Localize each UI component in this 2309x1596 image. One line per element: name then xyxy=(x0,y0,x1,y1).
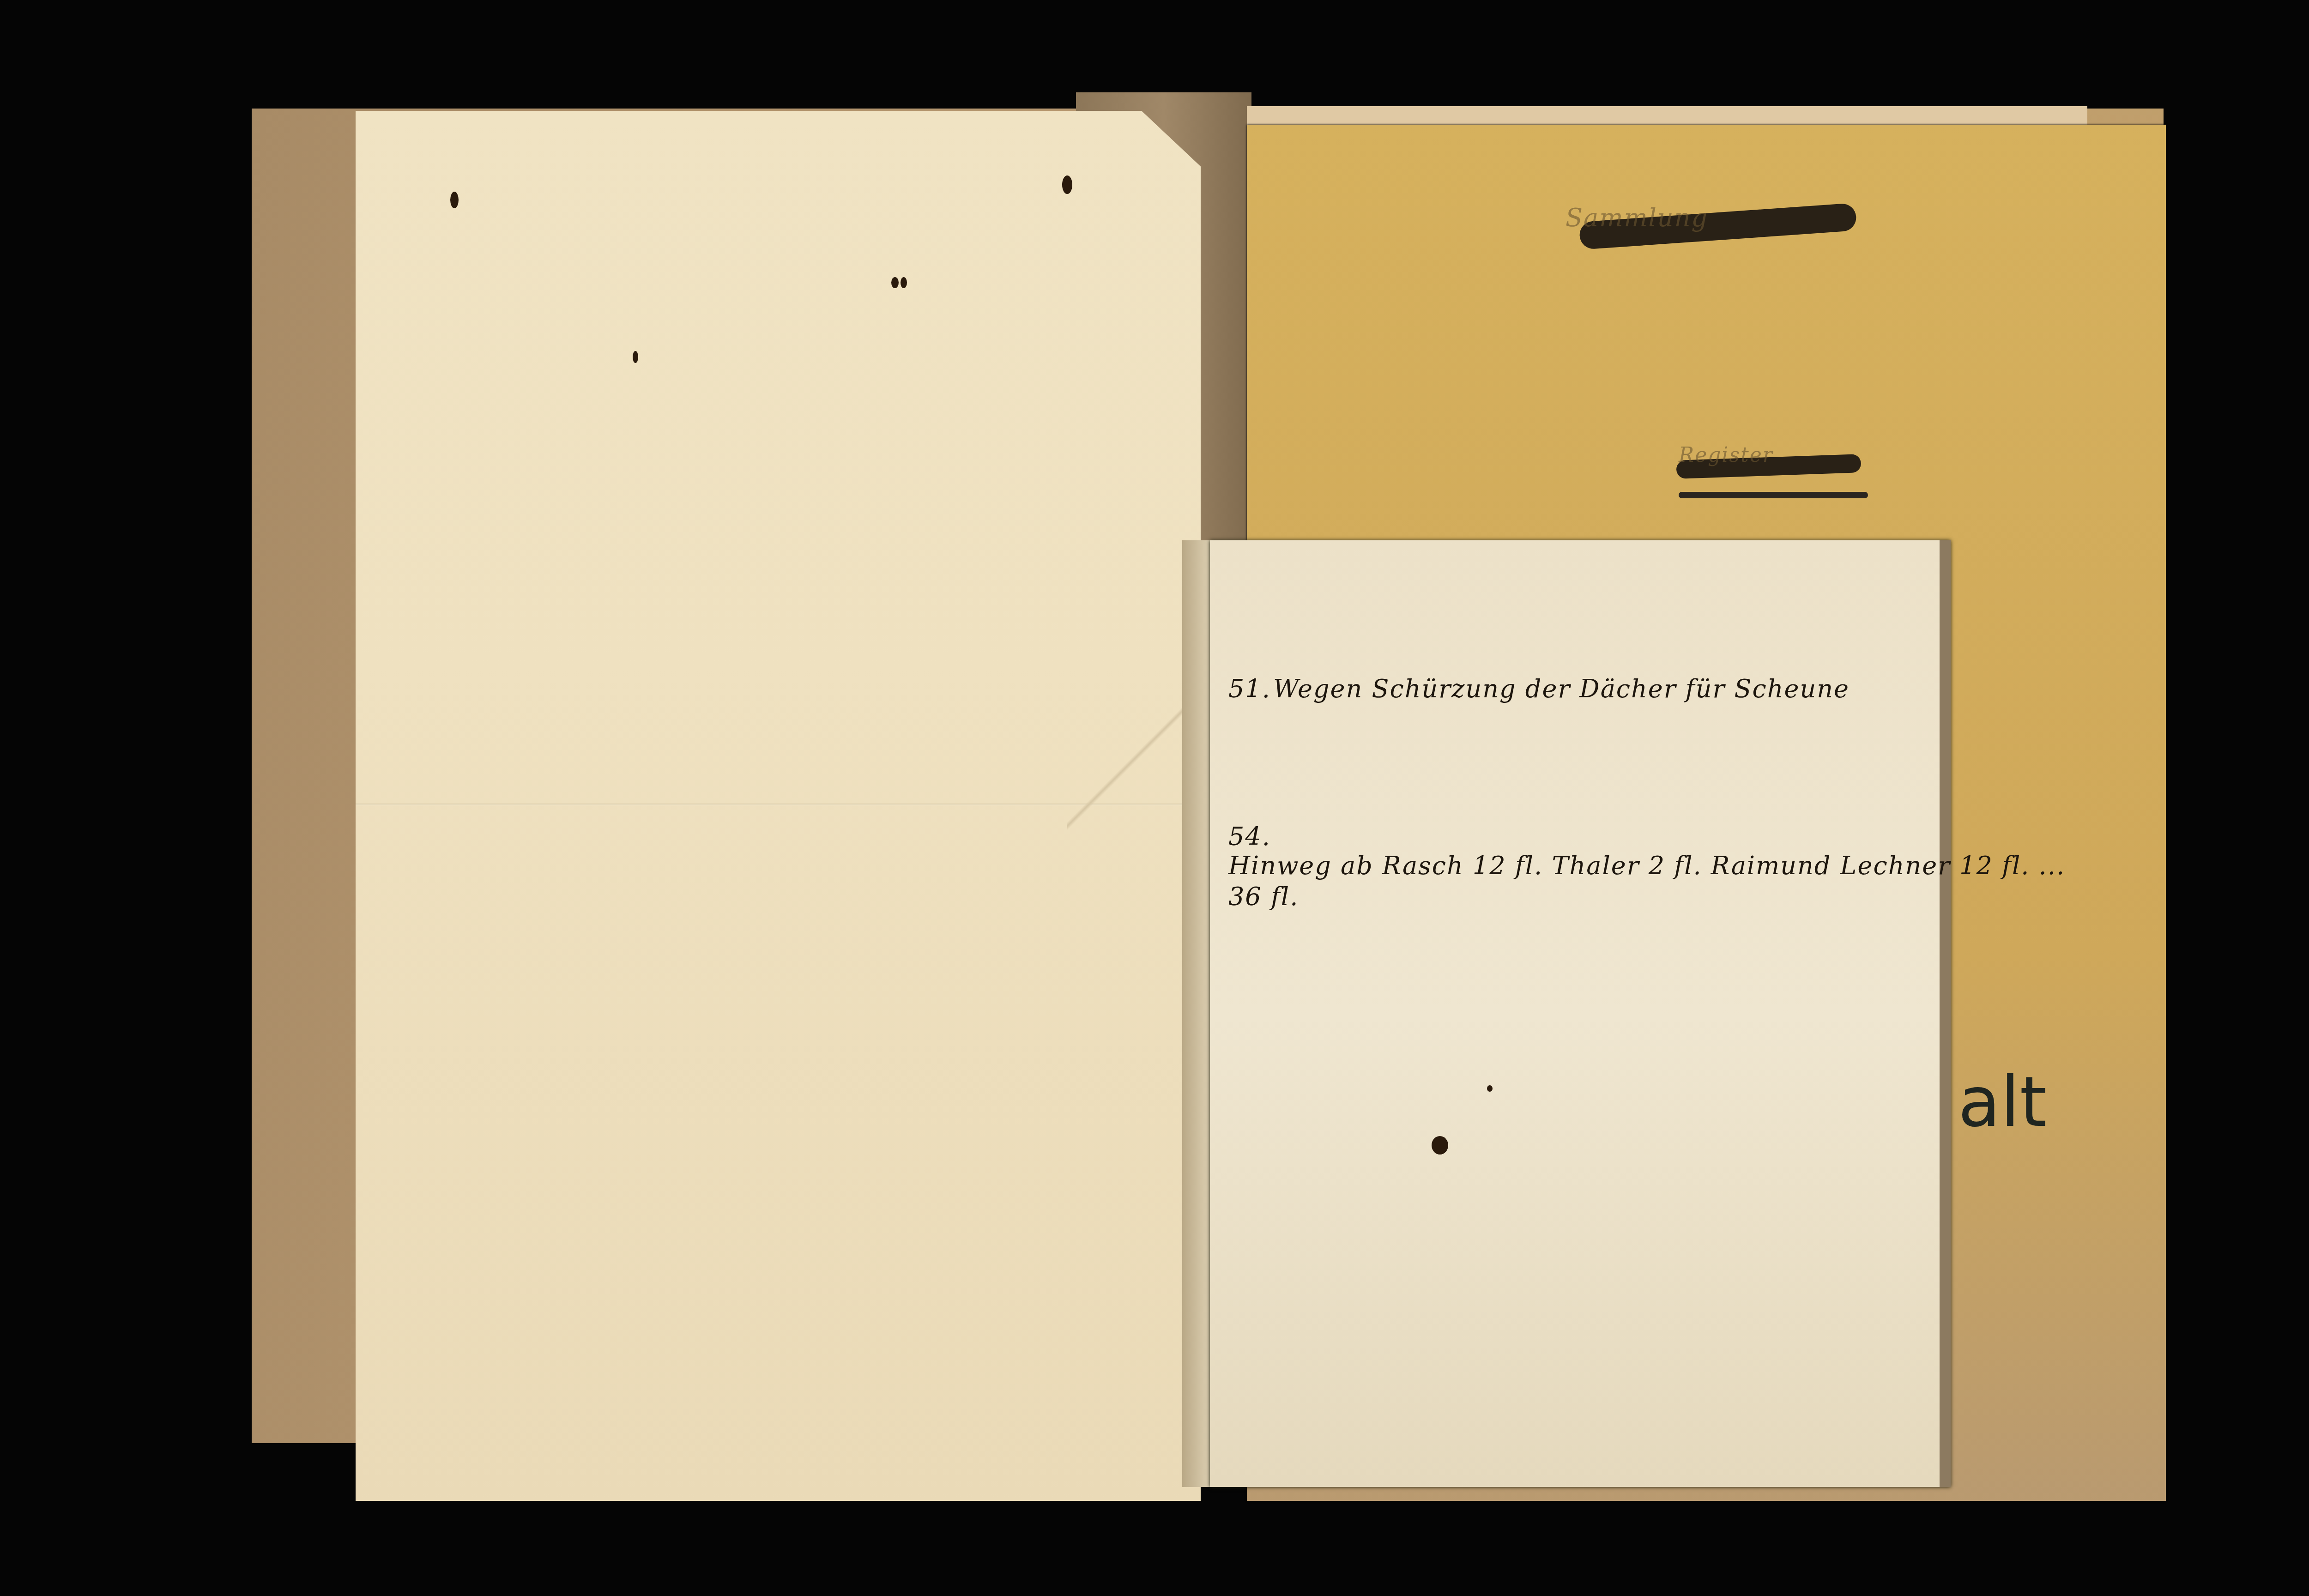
marker-label-alt: alt xyxy=(1958,1062,2047,1143)
underline xyxy=(1679,492,1868,498)
entry-text: 36 fl. xyxy=(1228,882,1299,911)
entry-number: 54. xyxy=(1228,822,1271,851)
ink-blot xyxy=(1432,1136,1448,1155)
ink-spot xyxy=(1062,175,1072,194)
left-manuscript-sheet xyxy=(356,111,1201,1501)
entry-text: Hinweg ab Rasch 12 fl. Thaler 2 fl. Raim… xyxy=(1228,851,2065,880)
struck-label-2: Register xyxy=(1679,443,1773,467)
entry-sum: 36 fl. xyxy=(1228,882,1299,911)
ink-spot xyxy=(633,351,638,363)
ink-spot xyxy=(1487,1085,1493,1092)
entry-text: Wegen Schürzung der Dächer für Scheune xyxy=(1273,674,1850,703)
ink-spot xyxy=(450,192,459,208)
handwritten-notebook-page: 51. Wegen Schürzung der Dächer für Scheu… xyxy=(1210,540,1951,1487)
entry-51: 51. Wegen Schürzung der Dächer für Scheu… xyxy=(1228,674,1850,703)
ink-spot xyxy=(891,277,899,288)
struck-label-1: Sammlung xyxy=(1566,203,1708,232)
entry-54: 54. Hinweg ab Rasch 12 fl. Thaler 2 fl. … xyxy=(1228,822,2065,880)
ink-spot xyxy=(901,277,907,288)
entry-number: 51. xyxy=(1228,674,1271,703)
